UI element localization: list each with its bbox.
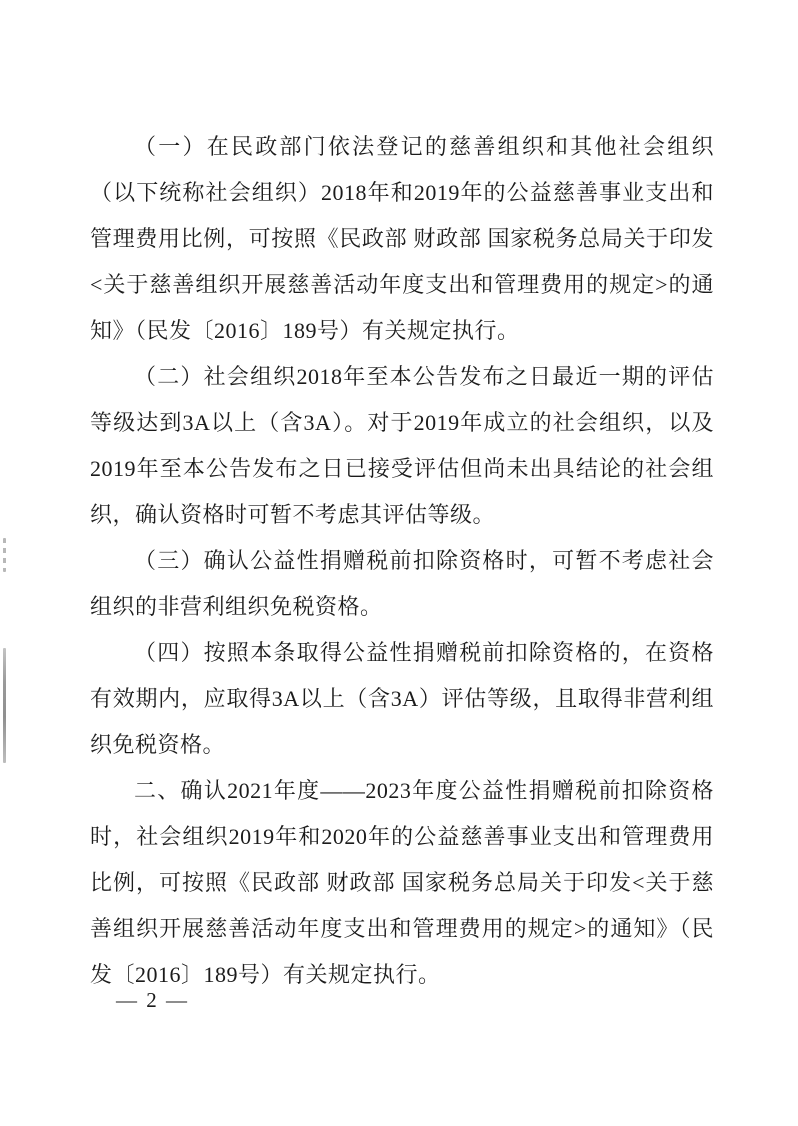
paragraph-item-5: 二、确认2021年度——2023年度公益性捐赠税前扣除资格时，社会组织2019年… xyxy=(90,768,714,998)
paragraph-item-4: （四）按照本条取得公益性捐赠税前扣除资格的，在资格有效期内，应取得3A以上（含3… xyxy=(90,630,714,768)
scanned-document-page: （一）在民政部门依法登记的慈善组织和其他社会组织（以下统称社会组织）2018年和… xyxy=(0,0,798,1126)
scan-artifact-line xyxy=(3,648,6,763)
page-number: — 2 — xyxy=(116,988,189,1013)
document-body: （一）在民政部门依法登记的慈善组织和其他社会组织（以下统称社会组织）2018年和… xyxy=(90,124,714,998)
scan-artifact-marks xyxy=(3,538,6,572)
paragraph-item-2: （二）社会组织2018年至本公告发布之日最近一期的评估等级达到3A以上（含3A）… xyxy=(90,354,714,538)
paragraph-item-3: （三）确认公益性捐赠税前扣除资格时，可暂不考虑社会组织的非营利组织免税资格。 xyxy=(90,538,714,630)
paragraph-item-1: （一）在民政部门依法登记的慈善组织和其他社会组织（以下统称社会组织）2018年和… xyxy=(90,124,714,354)
